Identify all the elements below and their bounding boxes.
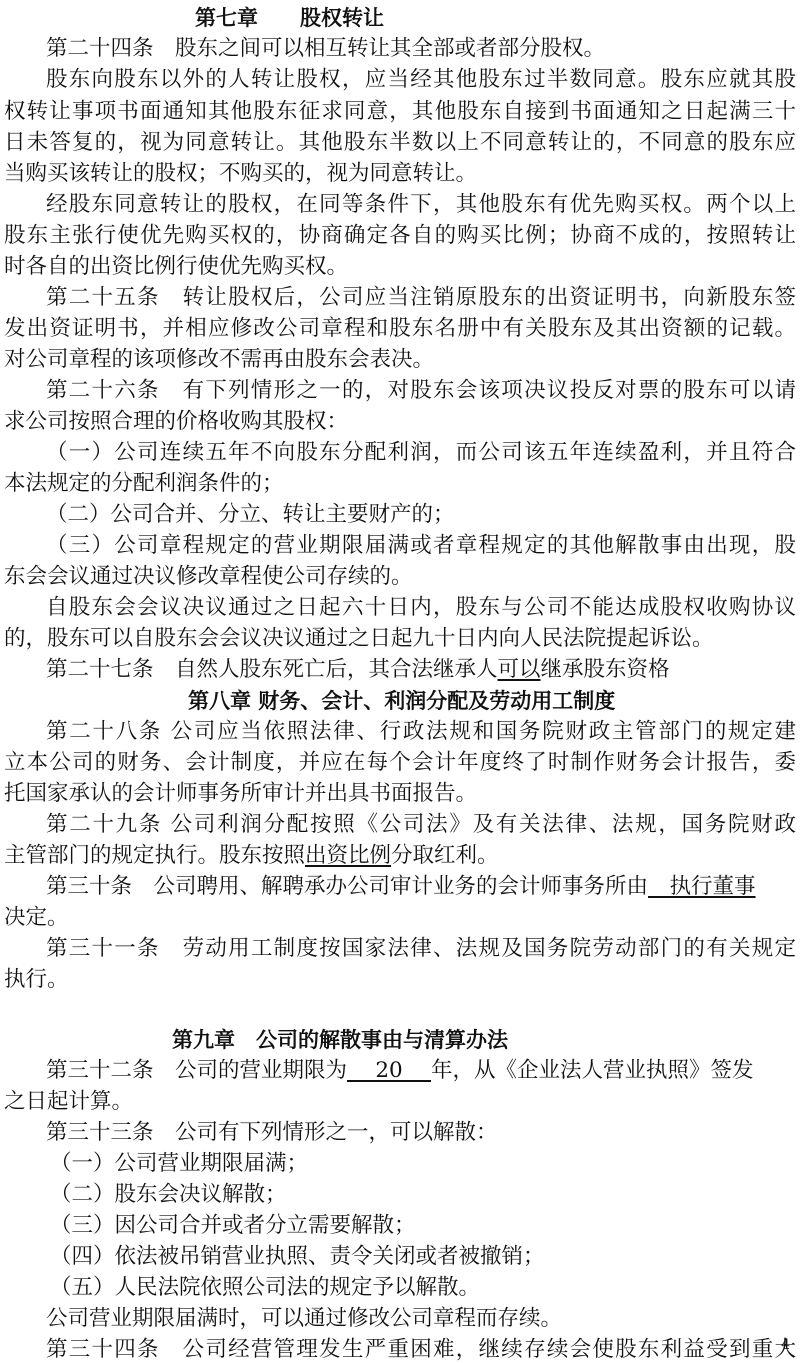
text-line: 主管部门的规定执行。股东按照出资比例分取红利。 (4, 841, 796, 871)
text-line: 立本公司的财务、会计制度，并应在每个会计年度终了时制作财务会计报告，委 (4, 748, 796, 778)
text-line: 第二十六条 有下列情形之一的，对股东会该项决议投反对票的股东可以请 (46, 376, 796, 406)
text-segment: 分取红利。 (391, 843, 499, 868)
text-line: 执行。 (4, 965, 796, 995)
underlined-fill-text: 出资比例 (305, 843, 391, 868)
text-line: 股东主张行使优先购买权的，协商确定各自的购买比例；协商不成的，按照转让 (4, 221, 796, 251)
text-line: 求公司按照合理的价格收购其股权： (4, 407, 796, 437)
underlined-fill-text: 20 (347, 1058, 431, 1083)
text-line: （一）公司连续五年不向股东分配利润，而公司该五年连续盈利，并且符合 (46, 438, 796, 468)
text-segment: 第三十二条 公司的营业期限为 (46, 1058, 347, 1083)
text-line: （二）股东会决议解散； (50, 1180, 796, 1210)
underlined-fill-text: 可以 (498, 657, 541, 682)
text-line: 股东向股东以外的人转让股权，应当经其他股东过半数同意。股东应就其股 (46, 65, 796, 95)
text-line: 发出资证明书，并相应修改公司章程和股东名册中有关股东及其出资额的记载。 (4, 314, 796, 344)
text-line: 第三十三条 公司有下列情形之一，可以解散： (46, 1118, 796, 1148)
page-number: 4 (781, 1336, 790, 1354)
text-line: （五）人民法院依照公司法的规定予以解散。 (50, 1273, 796, 1303)
chapter-heading: 第八章 财务、会计、利润分配及劳动用工制度 (188, 686, 615, 716)
text-line: 第二十五条 转让股权后，公司应当注销原股东的出资证明书，向新股东签 (46, 283, 796, 313)
text-line: 第三十二条 公司的营业期限为 20 年，从《企业法人营业执照》签发 (46, 1056, 796, 1086)
text-segment: 第二十七条 自然人股东死亡后，其合法继承人 (46, 657, 498, 682)
text-segment: 主管部门的规定执行。股东按照 (4, 843, 305, 868)
chapter-heading: 第九章 公司的解散事由与清算办法 (172, 1025, 508, 1055)
text-line: （二）公司合并、分立、转让主要财产的； (46, 500, 796, 530)
text-line: （四）依法被吊销营业执照、责令关闭或者被撤销； (50, 1242, 796, 1272)
text-segment: 年，从《企业法人营业执照》签发 (431, 1058, 754, 1083)
document-page: 第七章 股权转让第二十四条 股东之间可以相互转让其全部或者部分股权。股东向股东以… (0, 0, 800, 1363)
text-line: 第三十四条 公司经营管理发生严重困难，继续存续会使股东利益受到重大 (46, 1335, 796, 1363)
text-segment: 继承股东资格 (541, 657, 670, 682)
chapter-heading: 第七章 股权转让 (195, 3, 384, 33)
text-line: 第二十八条 公司应当依照法律、行政法规和国务院财政主管部门的规定建 (46, 717, 796, 747)
text-line: （三）因公司合并或者分立需要解散； (50, 1211, 796, 1241)
text-line: 决定。 (4, 903, 796, 933)
text-line: （一）公司营业期限届满； (50, 1149, 796, 1179)
text-line: 权转让事项书面通知其他股东征求同意，其他股东自接到书面通知之日起满三十 (4, 97, 796, 127)
text-line: 本法规定的分配利润条件的； (4, 469, 796, 499)
text-line: 的，股东可以自股东会会议决议通过之日起九十日内向人民法院提起诉讼。 (4, 624, 796, 654)
underlined-fill-text: 执行董事 (648, 874, 756, 899)
text-line: 东会会议通过决议修改章程使公司存续的。 (4, 562, 796, 592)
text-line: 对公司章程的该项修改不需再由股东会表决。 (4, 345, 796, 375)
text-line: 第三十一条 劳动用工制度按国家法律、法规及国务院劳动部门的有关规定 (46, 934, 796, 964)
text-line: 自股东会会议决议通过之日起六十日内，股东与公司不能达成股权收购协议 (46, 593, 796, 623)
text-line: 第二十九条 公司利润分配按照《公司法》及有关法律、法规，国务院财政 (46, 810, 796, 840)
text-line: 公司营业期限届满时，可以通过修改公司章程而存续。 (46, 1304, 796, 1334)
text-line: 时各自的出资比例行使优先购买权。 (4, 252, 796, 282)
text-line: 日未答复的，视为同意转让。其他股东半数以上不同意转让的，不同意的股东应 (4, 128, 796, 158)
text-line: 第二十七条 自然人股东死亡后，其合法继承人可以继承股东资格 (46, 655, 796, 685)
text-segment: 第三十条 公司聘用、解聘承办公司审计业务的会计师事务所由 (46, 874, 648, 899)
text-line: （三）公司章程规定的营业期限届满或者章程规定的其他解散事由出现，股 (46, 531, 796, 561)
text-line: 之日起计算。 (4, 1087, 796, 1117)
text-line: 当购买该转让的股权；不购买的，视为同意转让。 (4, 159, 796, 189)
text-line: 托国家承认的会计师事务所审计并出具书面报告。 (4, 779, 796, 809)
text-line: 第二十四条 股东之间可以相互转让其全部或者部分股权。 (46, 34, 796, 64)
text-line: 第三十条 公司聘用、解聘承办公司审计业务的会计师事务所由 执行董事 (46, 872, 796, 902)
text-line: 经股东同意转让的股权，在同等条件下，其他股东有优先购买权。两个以上 (46, 190, 796, 220)
